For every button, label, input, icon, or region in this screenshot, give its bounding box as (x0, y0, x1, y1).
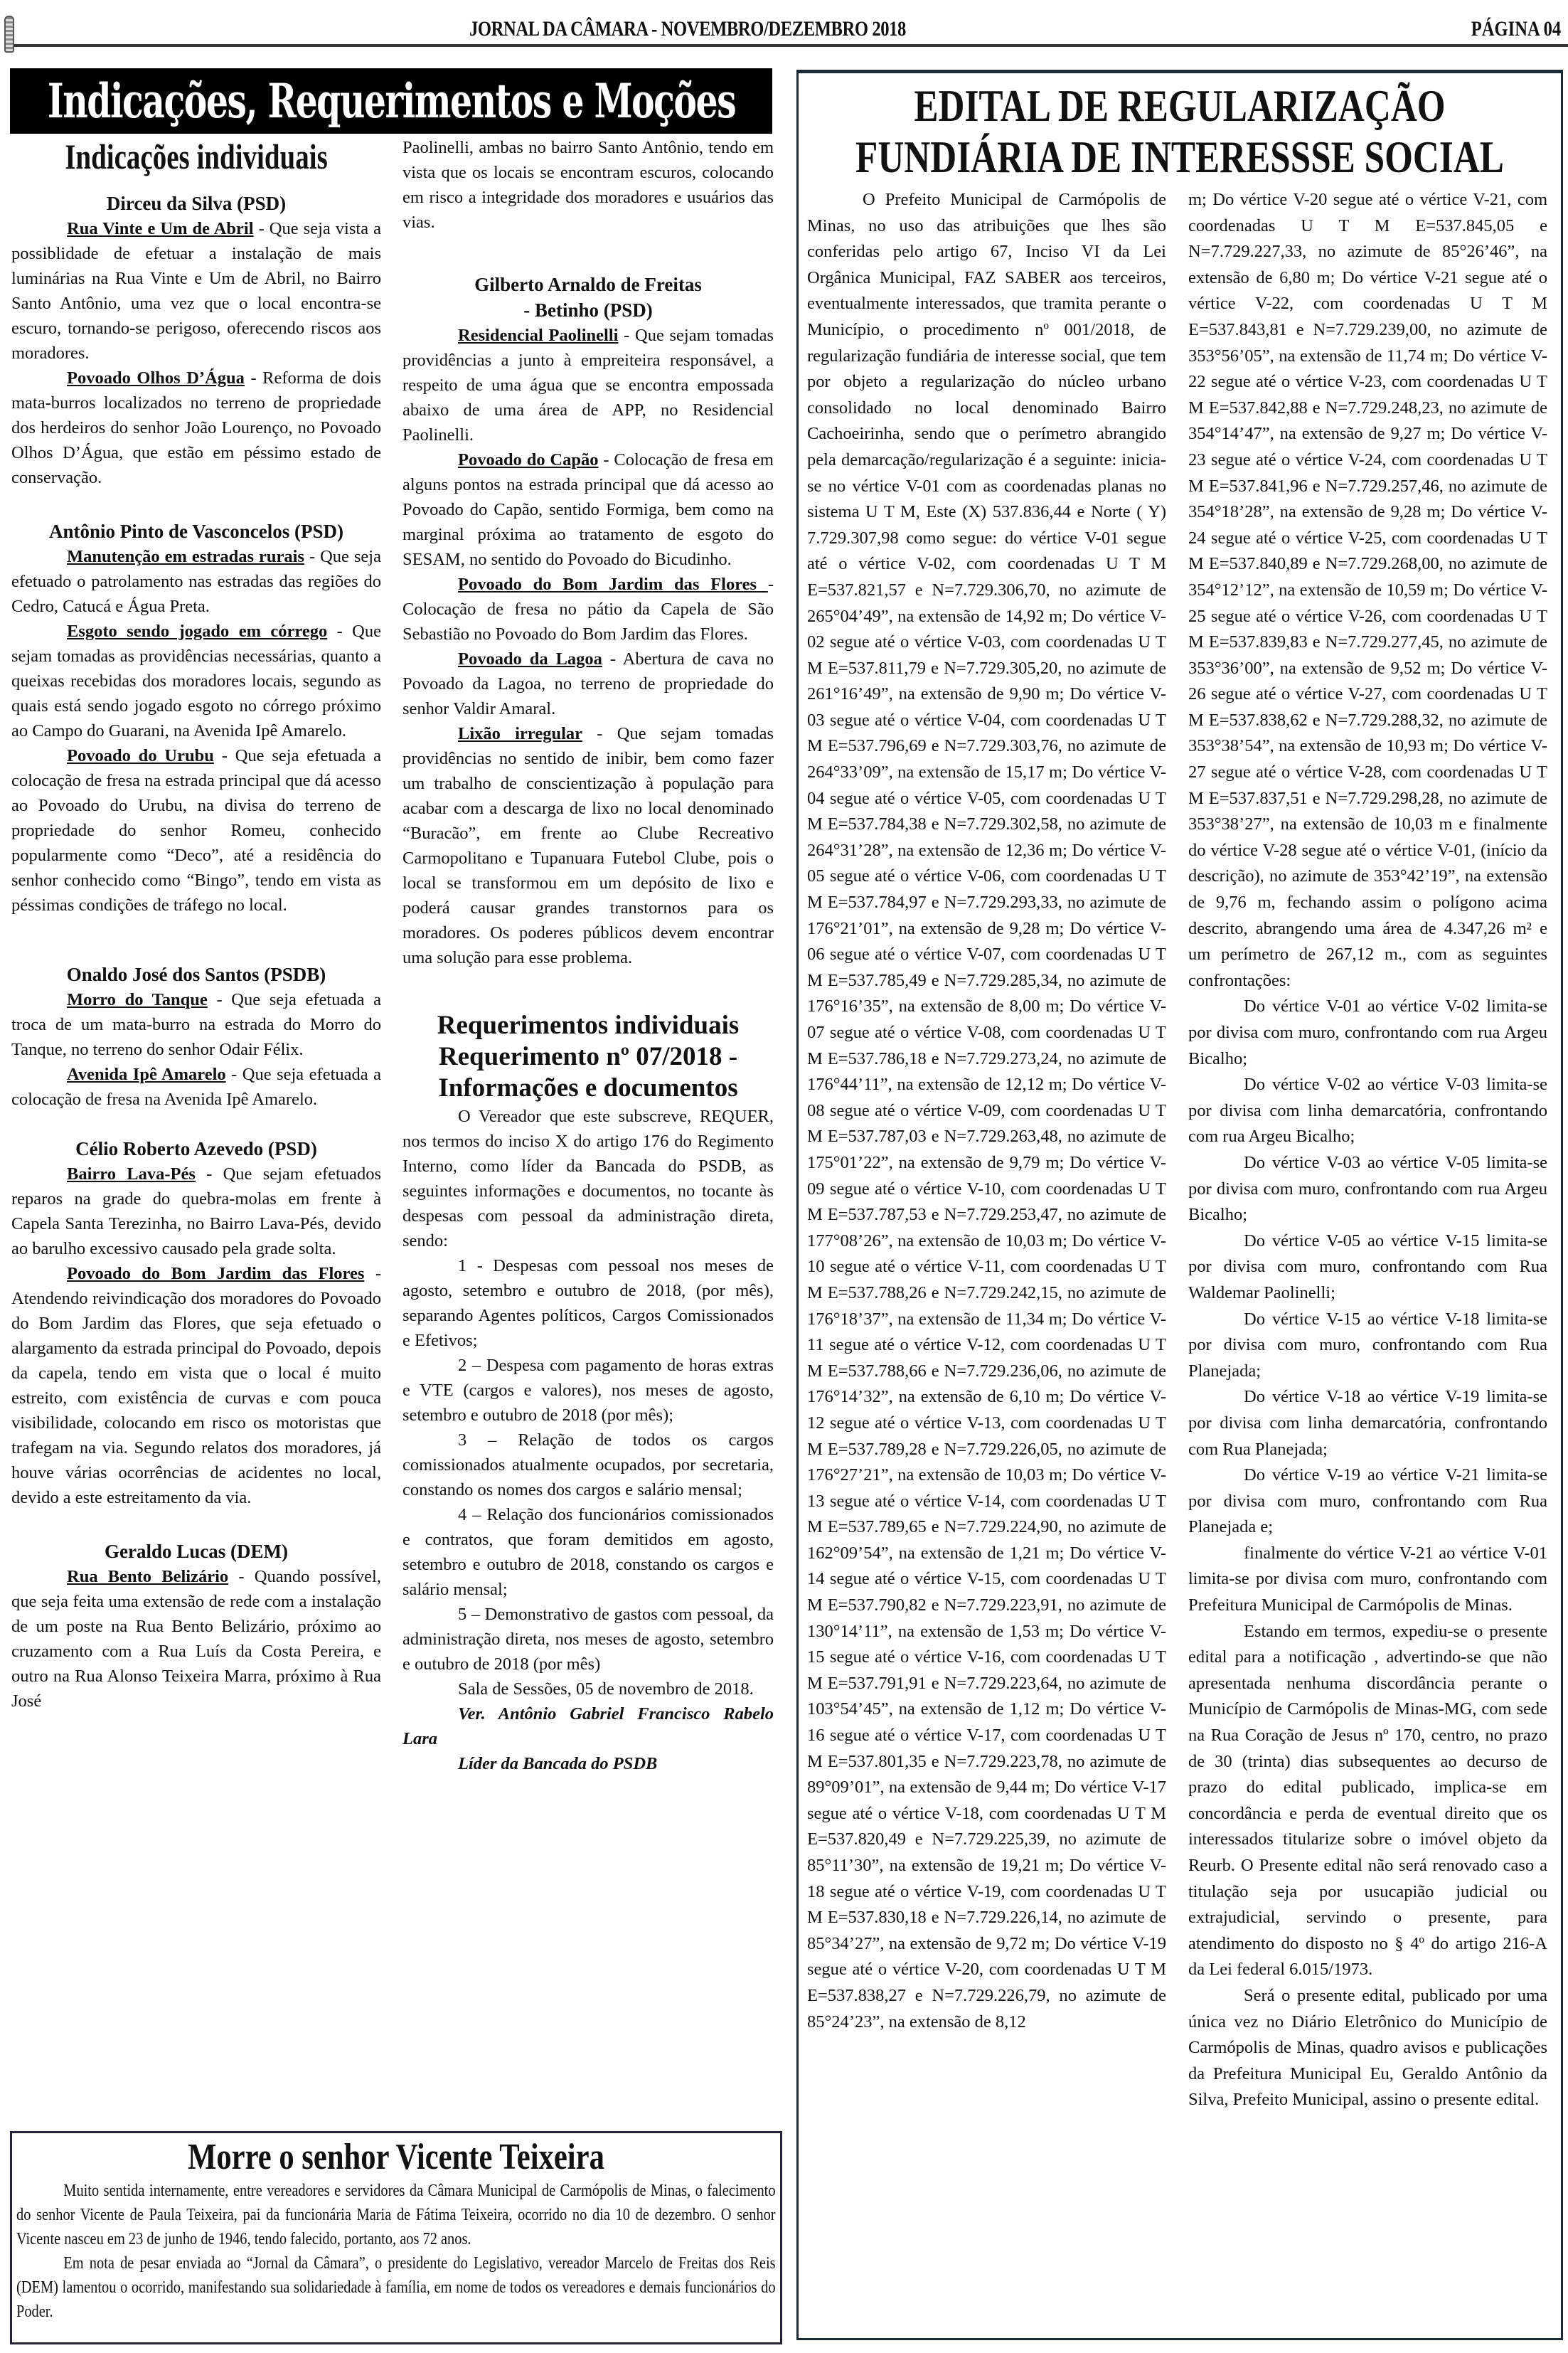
edital-closing-paragraph: Será o presente edital, publicado por um… (1188, 1983, 1547, 2113)
author-heading: Geraldo Lucas (DEM) (11, 1539, 381, 1564)
obituary-paragraph: Em nota de pesar enviada ao “Jornal da C… (16, 2251, 776, 2324)
requerimento-paragraph: 3 – Relação de todos os cargos comission… (402, 1428, 774, 1502)
indicacao-item: Avenida Ipê Amarelo - Que seja efetuada … (11, 1062, 381, 1112)
author-heading: Célio Roberto Azevedo (PSD) (11, 1136, 381, 1162)
confrontacao-item: finalmente do vértice V-21 ao vértice V-… (1188, 1541, 1547, 1619)
indicacao-item: Esgoto sendo jogado em córrego - Que sej… (11, 619, 381, 743)
edital-closing-paragraph: Estando em termos, expediu-se o presente… (1188, 1619, 1547, 1983)
indicacao-item: Manutenção em estradas rurais - Que seja… (11, 544, 381, 619)
obituary-box: Morre o senhor Vicente Teixeira Muito se… (10, 2131, 782, 2344)
confrontacao-item: Do vértice V-05 ao vértice V-15 limita-s… (1188, 1228, 1547, 1307)
edital-column-2: m; Do vértice V-20 segue até o vértice V… (1188, 187, 1547, 2113)
obituary-paragraph: Muito sentida internamente, entre veread… (16, 2179, 776, 2251)
indicacao-keyword: Povoado Olhos D’Água (67, 368, 245, 388)
edital-box: EDITAL DE REGULARIZAÇÃO FUNDIÁRIA DE INT… (796, 70, 1563, 2340)
indicacao-keyword: Lixão irregular (458, 724, 582, 743)
obituary-title: Morre o senhor Vicente Teixeira (85, 2136, 708, 2179)
page-number: PÁGINA 04 (1471, 17, 1561, 41)
requerimento-heading: Requerimentos individuais Requerimento n… (402, 1010, 774, 1104)
edital-paragraph: O Prefeito Municipal de Carmópolis de Mi… (807, 187, 1166, 2035)
requerimento-paragraph: 1 - Despesas com pessoal nos meses de ag… (402, 1253, 774, 1353)
requerimento-paragraph: 4 – Relação dos funcionários comissionad… (402, 1502, 774, 1602)
indicacao-keyword: Avenida Ipê Amarelo (67, 1065, 226, 1084)
requerimento-paragraph: O Vereador que este subscreve, REQUER, n… (402, 1104, 774, 1253)
confrontacao-item: Do vértice V-03 ao vértice V-05 limita-s… (1188, 1150, 1547, 1228)
indicacao-keyword: Residencial Paolinelli (458, 326, 618, 345)
requerimento-date: Sala de Sessões, 05 de novembro de 2018. (402, 1677, 774, 1701)
indicacao-keyword: Povoado do Bom Jardim das Flores (458, 575, 768, 594)
edital-column-1: O Prefeito Municipal de Carmópolis de Mi… (807, 187, 1166, 2035)
indicacao-keyword: Bairro Lava-Pés (67, 1164, 196, 1184)
municipal-crest-icon (4, 16, 14, 53)
author-heading: Onaldo José dos Santos (PSDB) (11, 962, 381, 987)
author-heading: Antônio Pinto de Vasconcelos (PSD) (11, 519, 381, 544)
indicacao-keyword: Povoado do Urubu (67, 746, 214, 765)
indicacao-item: Morro do Tanque - Que seja efetuada a tr… (11, 987, 381, 1062)
indicacao-item: Rua Bento Belizário - Quando possível, q… (11, 1564, 381, 1714)
requerimento-paragraph: 2 – Despesa com pagamento de horas extra… (402, 1353, 774, 1428)
indicacao-keyword: Esgoto sendo jogado em córrego (67, 622, 327, 641)
indicacao-item: Lixão irregular - Que sejam tomadas prov… (402, 721, 774, 970)
requerimento-paragraph: 5 – Demonstrativo de gastos com pessoal,… (402, 1602, 774, 1677)
indicacao-item: Povoado do Capão - Colocação de fresa em… (402, 447, 774, 572)
indicacao-keyword: Rua Vinte e Um de Abril (67, 219, 254, 238)
indicacao-keyword: Povoado da Lagoa (458, 649, 602, 669)
confrontacao-item: Do vértice V-15 ao vértice V-18 limita-s… (1188, 1307, 1547, 1385)
confrontacao-item: Do vértice V-18 ao vértice V-19 limita-s… (1188, 1384, 1547, 1462)
indicacao-item: Rua Vinte e Um de Abril - Que seja vista… (11, 216, 381, 366)
indicacao-item: Bairro Lava-Pés - Que sejam efetuados re… (11, 1162, 381, 1261)
edital-paragraph: m; Do vértice V-20 segue até o vértice V… (1188, 187, 1547, 994)
indicacoes-heading: Indicações individuais (18, 135, 373, 178)
indicacao-item: Povoado Olhos D’Água - Reforma de dois m… (11, 366, 381, 490)
newspaper-title: JORNAL DA CÂMARA - NOVEMBRO/DEZEMBRO 201… (469, 17, 906, 41)
indicacao-item: Povoado do Urubu - Que seja efetuada a c… (11, 743, 381, 918)
indicacao-keyword: Rua Bento Belizário (67, 1567, 228, 1586)
confrontacao-item: Do vértice V-02 ao vértice V-03 limita-s… (1188, 1072, 1547, 1150)
indicacao-item: Povoado do Bom Jardim das Flores - Atend… (11, 1261, 381, 1510)
indicacao-item: Residencial Paolinelli - Que sejam tomad… (402, 323, 774, 447)
indicacao-item: Povoado da Lagoa - Abertura de cava no P… (402, 647, 774, 721)
signature-role: Líder da Bancada do PSDB (402, 1751, 774, 1776)
author-heading: Dirceu da Silva (PSD) (11, 191, 381, 216)
edital-title: EDITAL DE REGULARIZAÇÃO FUNDIÁRIA DE INT… (801, 80, 1559, 183)
author-heading: Gilberto Arnaldo de Freitas - Betinho (P… (402, 272, 774, 323)
indicacoes-middle-column: Paolinelli, ambas no bairro Santo Antôni… (402, 135, 774, 1776)
indicacao-keyword: Morro do Tanque (67, 990, 208, 1009)
indicacao-keyword: Povoado do Capão (458, 450, 599, 469)
signature-name: Ver. Antônio Gabriel Francisco Rabelo La… (402, 1701, 774, 1751)
confrontacao-item: Do vértice V-01 ao vértice V-02 limita-s… (1188, 994, 1547, 1072)
indicacao-item: Povoado do Bom Jardim das Flores - Coloc… (402, 572, 774, 647)
masthead: JORNAL DA CÂMARA - NOVEMBRO/DEZEMBRO 201… (0, 0, 1568, 57)
indicacao-keyword: Povoado do Bom Jardim das Flores (67, 1264, 364, 1283)
indicacao-keyword: Manutenção em estradas rurais (67, 547, 304, 566)
section-banner-title: Indicações, Requerimentos e Moções (47, 73, 735, 129)
confrontacao-item: Do vértice V-19 ao vértice V-21 limita-s… (1188, 1462, 1547, 1541)
masthead-rule (14, 44, 1568, 47)
section-banner: Indicações, Requerimentos e Moções (10, 68, 772, 134)
indicacoes-left-column: Indicações individuais Dirceu da Silva (… (11, 135, 381, 1714)
continuation-text: Paolinelli, ambas no bairro Santo Antôni… (402, 135, 774, 235)
